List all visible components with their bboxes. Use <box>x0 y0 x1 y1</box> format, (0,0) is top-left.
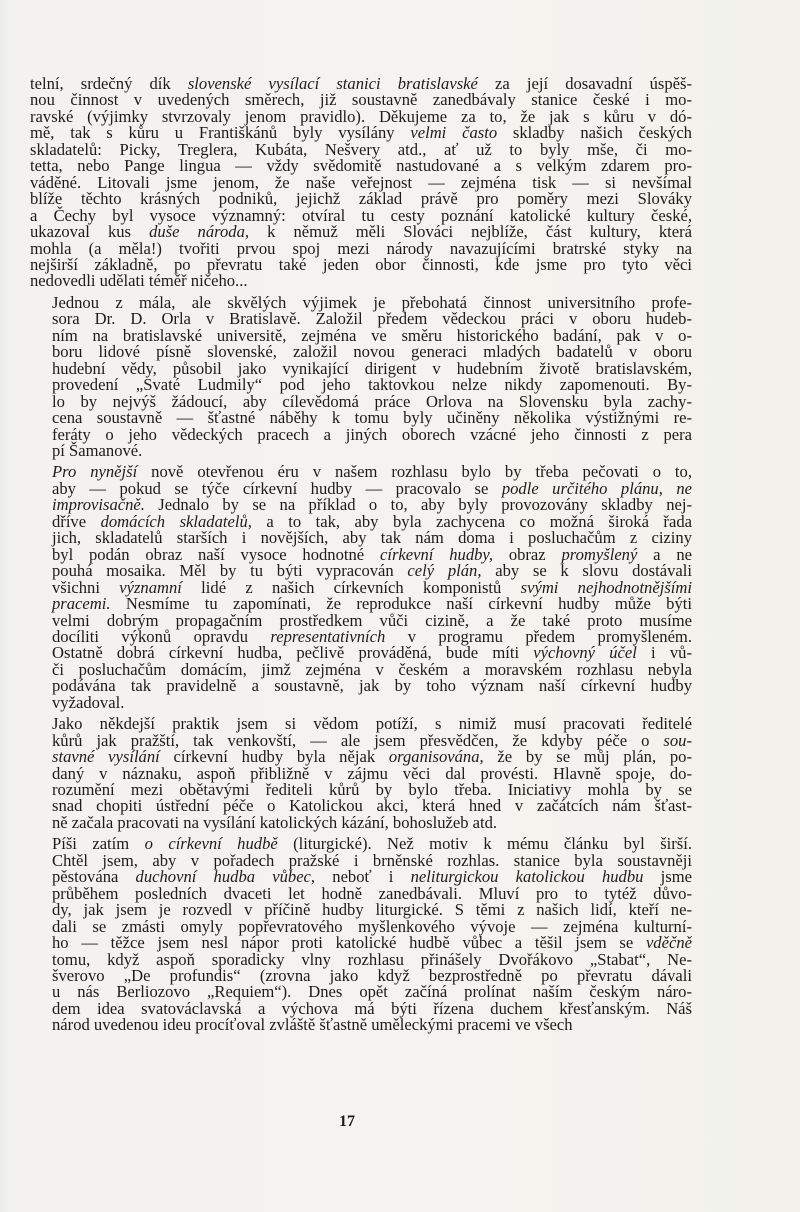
text-run: feráty o jeho vědeckých pracech a jiných… <box>52 425 692 444</box>
paragraph: Pro nynější nově otevřenou éru v našem r… <box>30 464 692 711</box>
text-run: ně začala pracovati na vysílání katolick… <box>52 813 497 832</box>
text-line: pí Šamanové. <box>30 443 692 459</box>
text-run: národ uvedenou ideu procíťoval zvláště š… <box>52 1015 573 1034</box>
paragraph: Jako někdejší praktik jsem si vědom potí… <box>30 716 692 831</box>
paragraph: Píši zatím o církevní hudbě (liturgické)… <box>30 836 692 1033</box>
text-line: podávána tak pravidelně a soustavně, jak… <box>30 678 692 694</box>
text-column: telní, srdečný dík slovenské vysílací st… <box>30 76 692 1034</box>
text-line: nedovedli udělati téměř ničeho... <box>30 273 692 289</box>
page-number: 17 <box>339 1113 355 1131</box>
scanned-page: telní, srdečný dík slovenské vysílací st… <box>0 0 800 1212</box>
text-run: pí Šamanové. <box>52 441 142 460</box>
text-line: ně začala pracovati na vysílání katolick… <box>30 815 692 831</box>
paragraph: Jednou z mála, ale skvělých výjimek je p… <box>30 295 692 460</box>
text-run: vyžadoval. <box>52 693 124 712</box>
text-line: vyžadoval. <box>30 695 692 711</box>
text-line: národ uvedenou ideu procíťoval zvláště š… <box>30 1017 692 1033</box>
paragraph: telní, srdečný dík slovenské vysílací st… <box>30 76 692 290</box>
text-run: nedovedli udělati téměř ničeho... <box>30 271 248 290</box>
text-run: podávána tak pravidelně a soustavně, jak… <box>52 676 692 695</box>
